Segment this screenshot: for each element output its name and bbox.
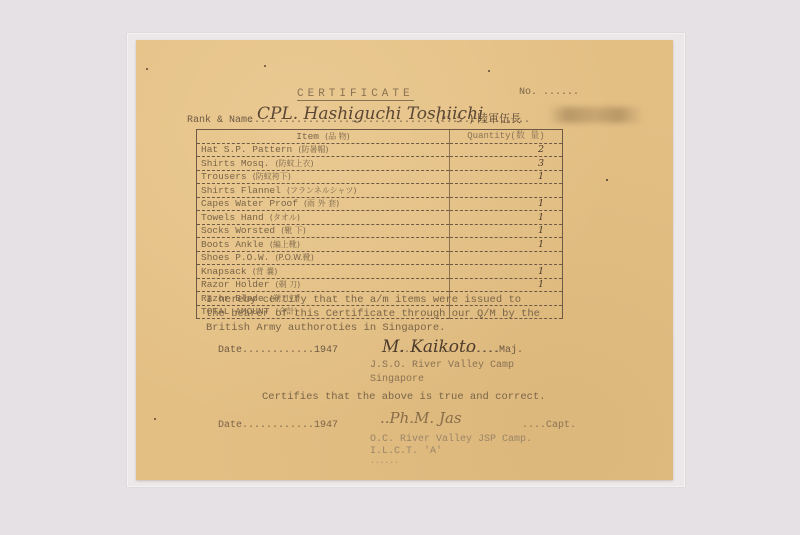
paper-speck	[154, 418, 156, 420]
second-signature: ..Ph.M. Jas	[380, 409, 462, 427]
first-signatory-rank: ....Maj.	[475, 345, 523, 356]
table-row: Hat S.P. Pattern(防暑帽)2	[197, 143, 563, 157]
first-signatory-location: Singapore	[370, 374, 424, 385]
certification-paragraph: I hereby certify that the a/m items were…	[206, 293, 540, 335]
certificate-number: No. ......	[519, 87, 579, 98]
certifies-statement: Certifies that the above is true and cor…	[262, 391, 546, 403]
second-signatory-extra: ......	[370, 457, 399, 466]
paper-speck	[264, 65, 266, 67]
rank-name-label: Rank & Name	[187, 115, 253, 126]
items-table: Item(品 物) Quantity(数 量) Hat S.P. Pattern…	[196, 129, 563, 319]
table-row: Shirts Mosq.(防蚊上衣)3	[197, 157, 563, 171]
second-signatory-unit: O.C. River Valley JSP Camp.	[370, 434, 532, 445]
table-row: Shoes P.O.W.(P.O.W.靴)	[197, 251, 563, 265]
second-date-line: Date............1947	[218, 420, 338, 431]
first-signatory-unit: J.S.O. River Valley Camp	[370, 360, 514, 371]
table-row: Shirts Flannel(フランネルシャツ)	[197, 184, 563, 198]
certificate-title: CERTIFICATE	[297, 88, 414, 101]
table-row: Towels Hand(タオル)1	[197, 211, 563, 225]
header-quantity: Quantity(数 量)	[450, 130, 563, 144]
paper-speck	[488, 70, 490, 72]
certificate-document: CERTIFICATE No. ...... Rank & Name .....…	[136, 40, 673, 480]
redacted-area	[548, 107, 643, 123]
rank-name-japanese: (ハ シ ) 陸軍伍長	[436, 110, 521, 126]
header-item: Item(品 物)	[197, 130, 450, 144]
table-row: Boots Ankle(編上靴)1	[197, 238, 563, 252]
paper-speck	[606, 179, 608, 181]
second-signatory-unit-code: I.L.C.T. 'A'	[370, 446, 442, 457]
table-row: Knapsack(背 嚢)1	[197, 265, 563, 279]
table-header-row: Item(品 物) Quantity(数 量)	[197, 130, 563, 144]
paper-speck	[146, 68, 148, 70]
second-signatory-rank: ....Capt.	[522, 420, 576, 431]
table-row: Trousers(防蚊袴下)1	[197, 170, 563, 184]
table-row: Socks Worsted(靴 下)1	[197, 224, 563, 238]
table-row: Razor Holder(剃 刀)1	[197, 278, 563, 292]
table-row: Capes Water Proof(雨 外 套)1	[197, 197, 563, 211]
first-date-line: Date............1947	[218, 345, 338, 356]
first-signature: M. Kaikoto	[382, 337, 476, 357]
